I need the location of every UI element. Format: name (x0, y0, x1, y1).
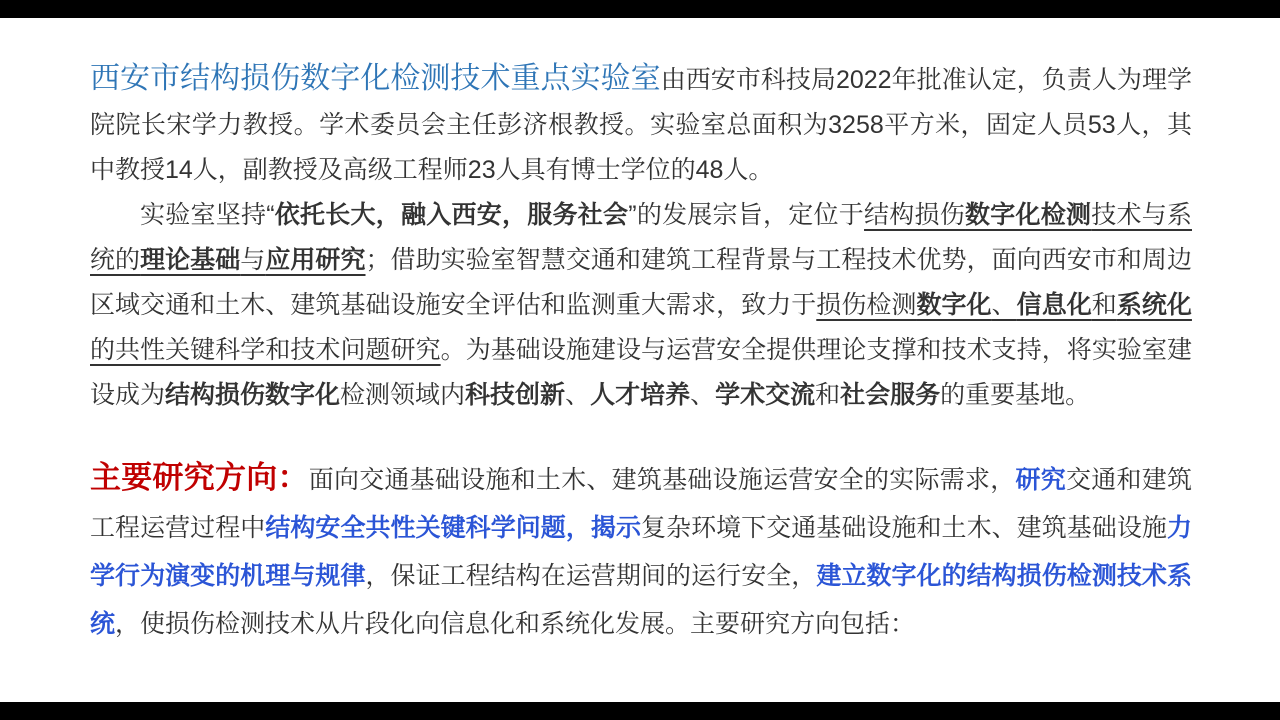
text-segment: ，使损伤检测技术从片段化向信息化和系统化发展。主要研究方向包括： (115, 610, 915, 638)
lab-title: 西安市结构损伤数字化检测技术重点实验室 (90, 62, 661, 95)
text-segment: ”的发展宗旨，定位于 (628, 201, 864, 229)
text-segment: 、 (690, 381, 715, 409)
text-segment: 揭示 (591, 514, 641, 542)
research-directions-heading: 主要研究方向： (90, 460, 309, 495)
text-segment: 依托长大，融入西安，服务社会 (275, 201, 629, 229)
top-letterbox-bar (0, 0, 1280, 18)
text-segment: 检测领域内 (340, 381, 465, 409)
text-segment: 结构安全共性关键科学问题 (265, 514, 566, 542)
text-segment: 、 (565, 381, 590, 409)
text-segment: 面向交通基础设施和土木、建筑基础设施运营安全的实际需求， (309, 466, 1016, 494)
text-segment: 人才培养 (590, 381, 690, 409)
text-segment: 结构损伤 (864, 201, 965, 229)
text-segment: 的共性关键科学和技术问题研究 (90, 336, 441, 364)
text-segment: 信息化 (1017, 291, 1092, 319)
text-segment: ， (566, 514, 591, 542)
slide-content: 西安市结构损伤数字化检测技术重点实验室由西安市科技局2022年批准认定，负责人为… (90, 56, 1192, 648)
text-segment: ，保证工程结构在运营期间的运行安全， (366, 562, 817, 590)
text-segment: 的重要基地。 (940, 381, 1090, 409)
text-segment: 复杂环境下交通基础设施和土木、建筑基础设施 (641, 514, 1167, 542)
text-segment: 研究 (1016, 466, 1067, 494)
intro-paragraph: 西安市结构损伤数字化检测技术重点实验室由西安市科技局2022年批准认定，负责人为… (90, 56, 1192, 193)
text-segment: 实验室坚持“ (140, 201, 275, 229)
text-segment: 和 (1092, 291, 1117, 319)
text-segment: 数字化检测 (965, 201, 1091, 229)
text-segment: 学术交流 (715, 381, 815, 409)
text-segment: 系统化 (1117, 291, 1192, 319)
presentation-slide: 西安市结构损伤数字化检测技术重点实验室由西安市科技局2022年批准认定，负责人为… (0, 0, 1280, 720)
text-segment: 结构损伤数字化 (165, 381, 340, 409)
mission-paragraph: 实验室坚持“依托长大，融入西安，服务社会”的发展宗旨，定位于结构损伤数字化检测技… (90, 193, 1192, 418)
text-segment: 与 (240, 246, 265, 274)
text-segment: 应用研究 (265, 246, 365, 274)
research-directions-paragraph: 主要研究方向：面向交通基础设施和土木、建筑基础设施运营安全的实际需求，研究交通和… (90, 454, 1192, 648)
bottom-letterbox-bar (0, 702, 1280, 720)
text-segment: 理论基础 (140, 246, 240, 274)
text-segment: 数字化 (916, 291, 991, 319)
text-segment: 和 (815, 381, 840, 409)
text-segment: 损伤检测 (816, 291, 916, 319)
text-segment: 、 (992, 291, 1017, 319)
text-segment: 科技创新 (465, 381, 565, 409)
text-segment: 社会服务 (840, 381, 940, 409)
